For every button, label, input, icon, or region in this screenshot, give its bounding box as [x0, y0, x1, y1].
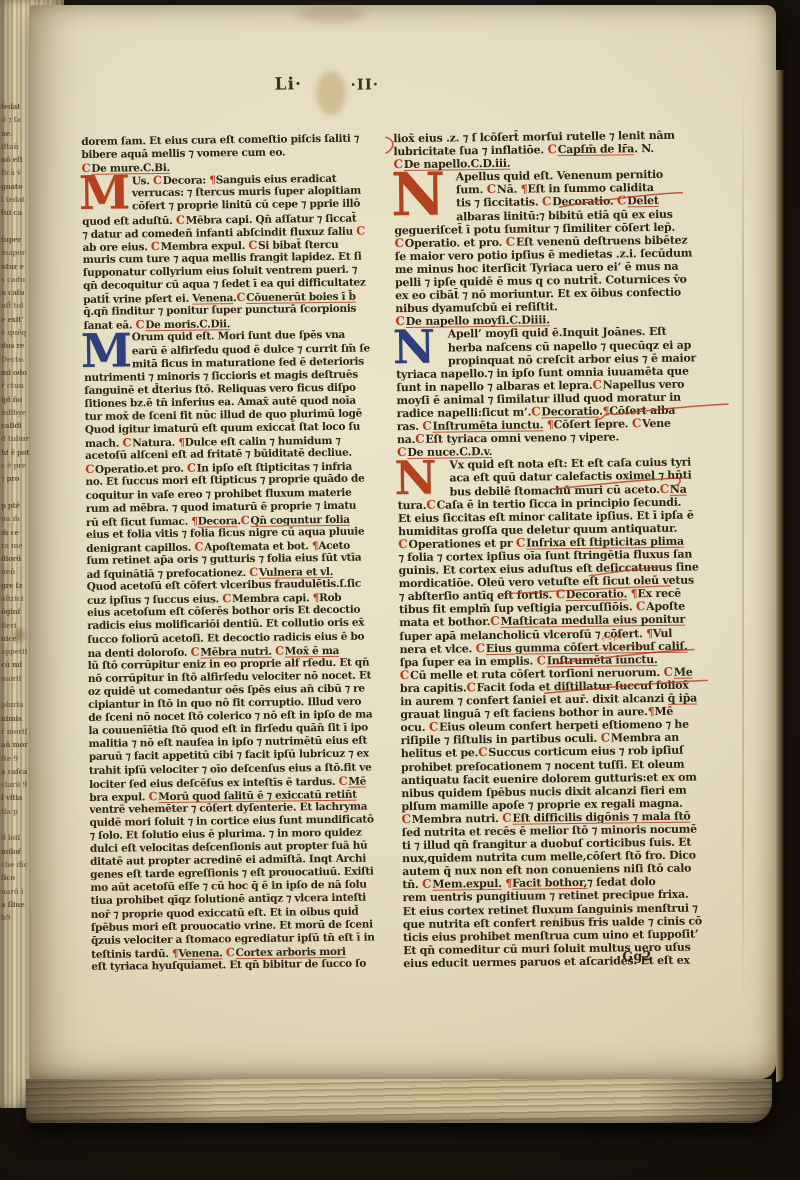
edge-text-fragment: moriſ — [1, 672, 30, 685]
edge-text-fragment: b9 — [1, 911, 30, 924]
edge-text-fragment: Decto. — [1, 353, 30, 366]
rubric-flourish — [559, 192, 685, 210]
edge-text-fragment: ⁊ pro — [1, 472, 30, 485]
edge-text-fragment: d loiſ — [1, 831, 30, 844]
lombard-initial: M — [81, 329, 132, 372]
edge-text-fragment: a caſca — [1, 765, 30, 778]
rubric-flourish — [544, 677, 710, 695]
edge-text-fragment: q̄d n̄o — [1, 393, 30, 406]
book-page: Li· ·II· dorem ſam. Et eius cura eſt com… — [30, 5, 776, 1079]
rubric-flourish — [552, 476, 688, 492]
edge-text-fragment: diorū — [1, 552, 30, 565]
edge-text-fragment: milor̄ — [1, 845, 30, 858]
edge-text-fragment: an̄ mor — [1, 738, 30, 751]
text-column-left: dorem ſam. Et eius cura eſt comeſtio piſ… — [81, 132, 393, 974]
edge-text-fragment: cū mi — [1, 658, 30, 671]
edge-text-fragment: n caſu — [1, 286, 30, 299]
edge-text-fragment: a ſliue — [1, 898, 30, 911]
edge-text-fragment: r̄ moriſ — [1, 725, 30, 738]
folio-mark-left: Li· — [274, 74, 302, 94]
lombard-initial: N — [394, 456, 437, 499]
rubric-flourish — [589, 565, 663, 578]
edge-text-fragment: r̄ ctun — [1, 379, 30, 392]
edge-text-fragment — [1, 818, 30, 831]
edge-text-fragment: ueñ — [1, 565, 30, 578]
edge-text-fragment: mlibye — [1, 406, 30, 419]
rubric-flourish — [381, 135, 397, 155]
edge-text-fragment: s ē pre — [1, 459, 30, 472]
lombard-initial: M — [79, 172, 130, 215]
edge-text-fragment: ua m̄ — [1, 512, 30, 525]
page-edges-bottom — [26, 1079, 772, 1123]
red-note-squiggle — [597, 642, 649, 653]
edge-text-fragment: p ptē — [1, 499, 30, 512]
edge-text-fragment: ſ vitia — [1, 791, 30, 804]
edge-text-fragment: ōginſ — [1, 605, 30, 618]
lombard-initial: N — [393, 325, 436, 368]
edge-text-fragment: fieri — [1, 619, 30, 632]
edge-text-fragment: gre ſz — [1, 579, 30, 592]
rubric-flourish — [501, 584, 673, 596]
edge-text-fragment: e exit’ — [1, 313, 30, 326]
edge-text-fragment: mi odo — [1, 366, 30, 379]
text-line: eſt tyriaca hyuſquiamet. Et qn̄ bibitur … — [91, 957, 393, 974]
edge-text-fragment: s cadu — [1, 273, 30, 286]
book-photo: ſedatd ⁊ ſane.iſtan̄nō eſtficā v̄gnatol … — [0, 0, 800, 1180]
page-edge-right — [776, 70, 784, 1082]
rubric-flourish — [595, 403, 731, 421]
edge-text-fragment: calidi — [1, 419, 30, 432]
edge-text-fragment: ē quēq — [1, 326, 30, 339]
edge-text-fragment: appetit — [1, 645, 30, 658]
edge-text-fragment: dus re — [1, 339, 30, 352]
edge-text-fragment — [1, 486, 30, 499]
text-column-right: liox̄ eius .z. ⁊ ſ lcōſert̄ morſui rutel… — [393, 128, 735, 970]
pencil-mark — [553, 911, 597, 930]
edge-text-fragment: uarū ī — [1, 885, 30, 898]
folio-mark-right: ·II· — [351, 75, 380, 93]
edge-text-fragment: nimis — [1, 712, 30, 725]
edge-text-fragment: ſico — [1, 871, 30, 884]
edge-text-fragment: che dīc — [1, 858, 30, 871]
edge-text-fragment: clarū 9 — [1, 778, 30, 791]
edge-text-fragment: uice — [1, 632, 30, 645]
edge-text-fragment: d tubur — [1, 432, 30, 445]
lombard-initial: N — [391, 168, 446, 223]
folio-marks: Li· ·II· — [25, 69, 771, 78]
edge-text-fragment: ntur e — [1, 260, 30, 273]
edge-text-fragment: oſt̄ tol — [1, 299, 30, 312]
page-text: Li· ·II· dorem ſam. Et eius cura eſt com… — [24, 1, 783, 1084]
edge-text-fragment: altrici — [1, 592, 30, 605]
edge-text-fragment: plurīa — [1, 698, 30, 711]
text-line: eius educit uermes paruos et aſcarides. … — [403, 953, 735, 970]
signature-mark: Gg2 — [622, 948, 652, 963]
edge-text-fragment — [1, 685, 30, 698]
edge-text-fragment: m̄ ce — [1, 526, 30, 539]
edge-text-fragment: ſte 9 — [1, 752, 30, 765]
edge-text-fragment: tia p — [1, 805, 30, 818]
edge-text-fragment: hi ē pot — [1, 446, 30, 459]
edge-text-fragment: ra me — [1, 539, 30, 552]
